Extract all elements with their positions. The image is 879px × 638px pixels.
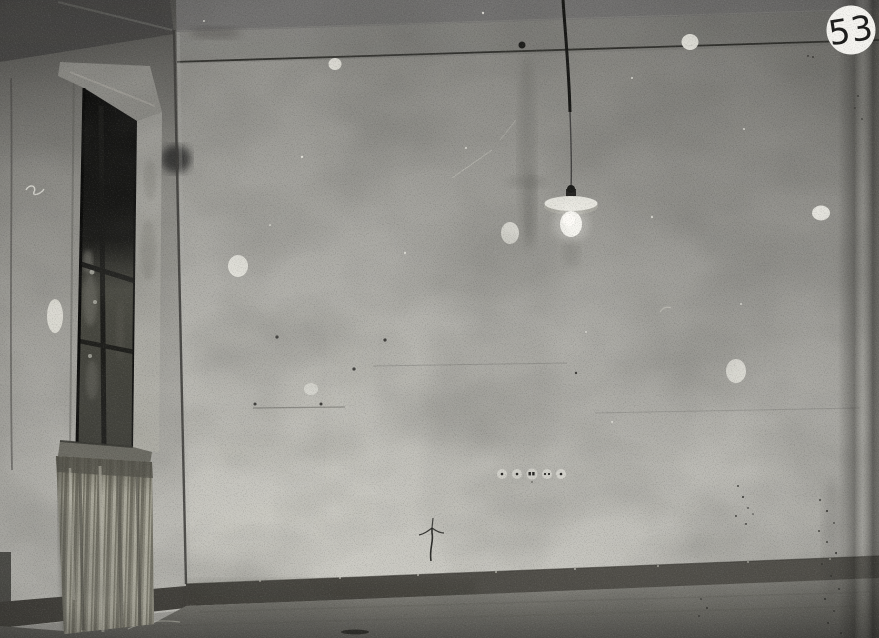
room-photo-svg: 53	[0, 0, 879, 638]
room-photograph: 53	[0, 0, 879, 638]
film-grain-overlay	[0, 0, 879, 638]
